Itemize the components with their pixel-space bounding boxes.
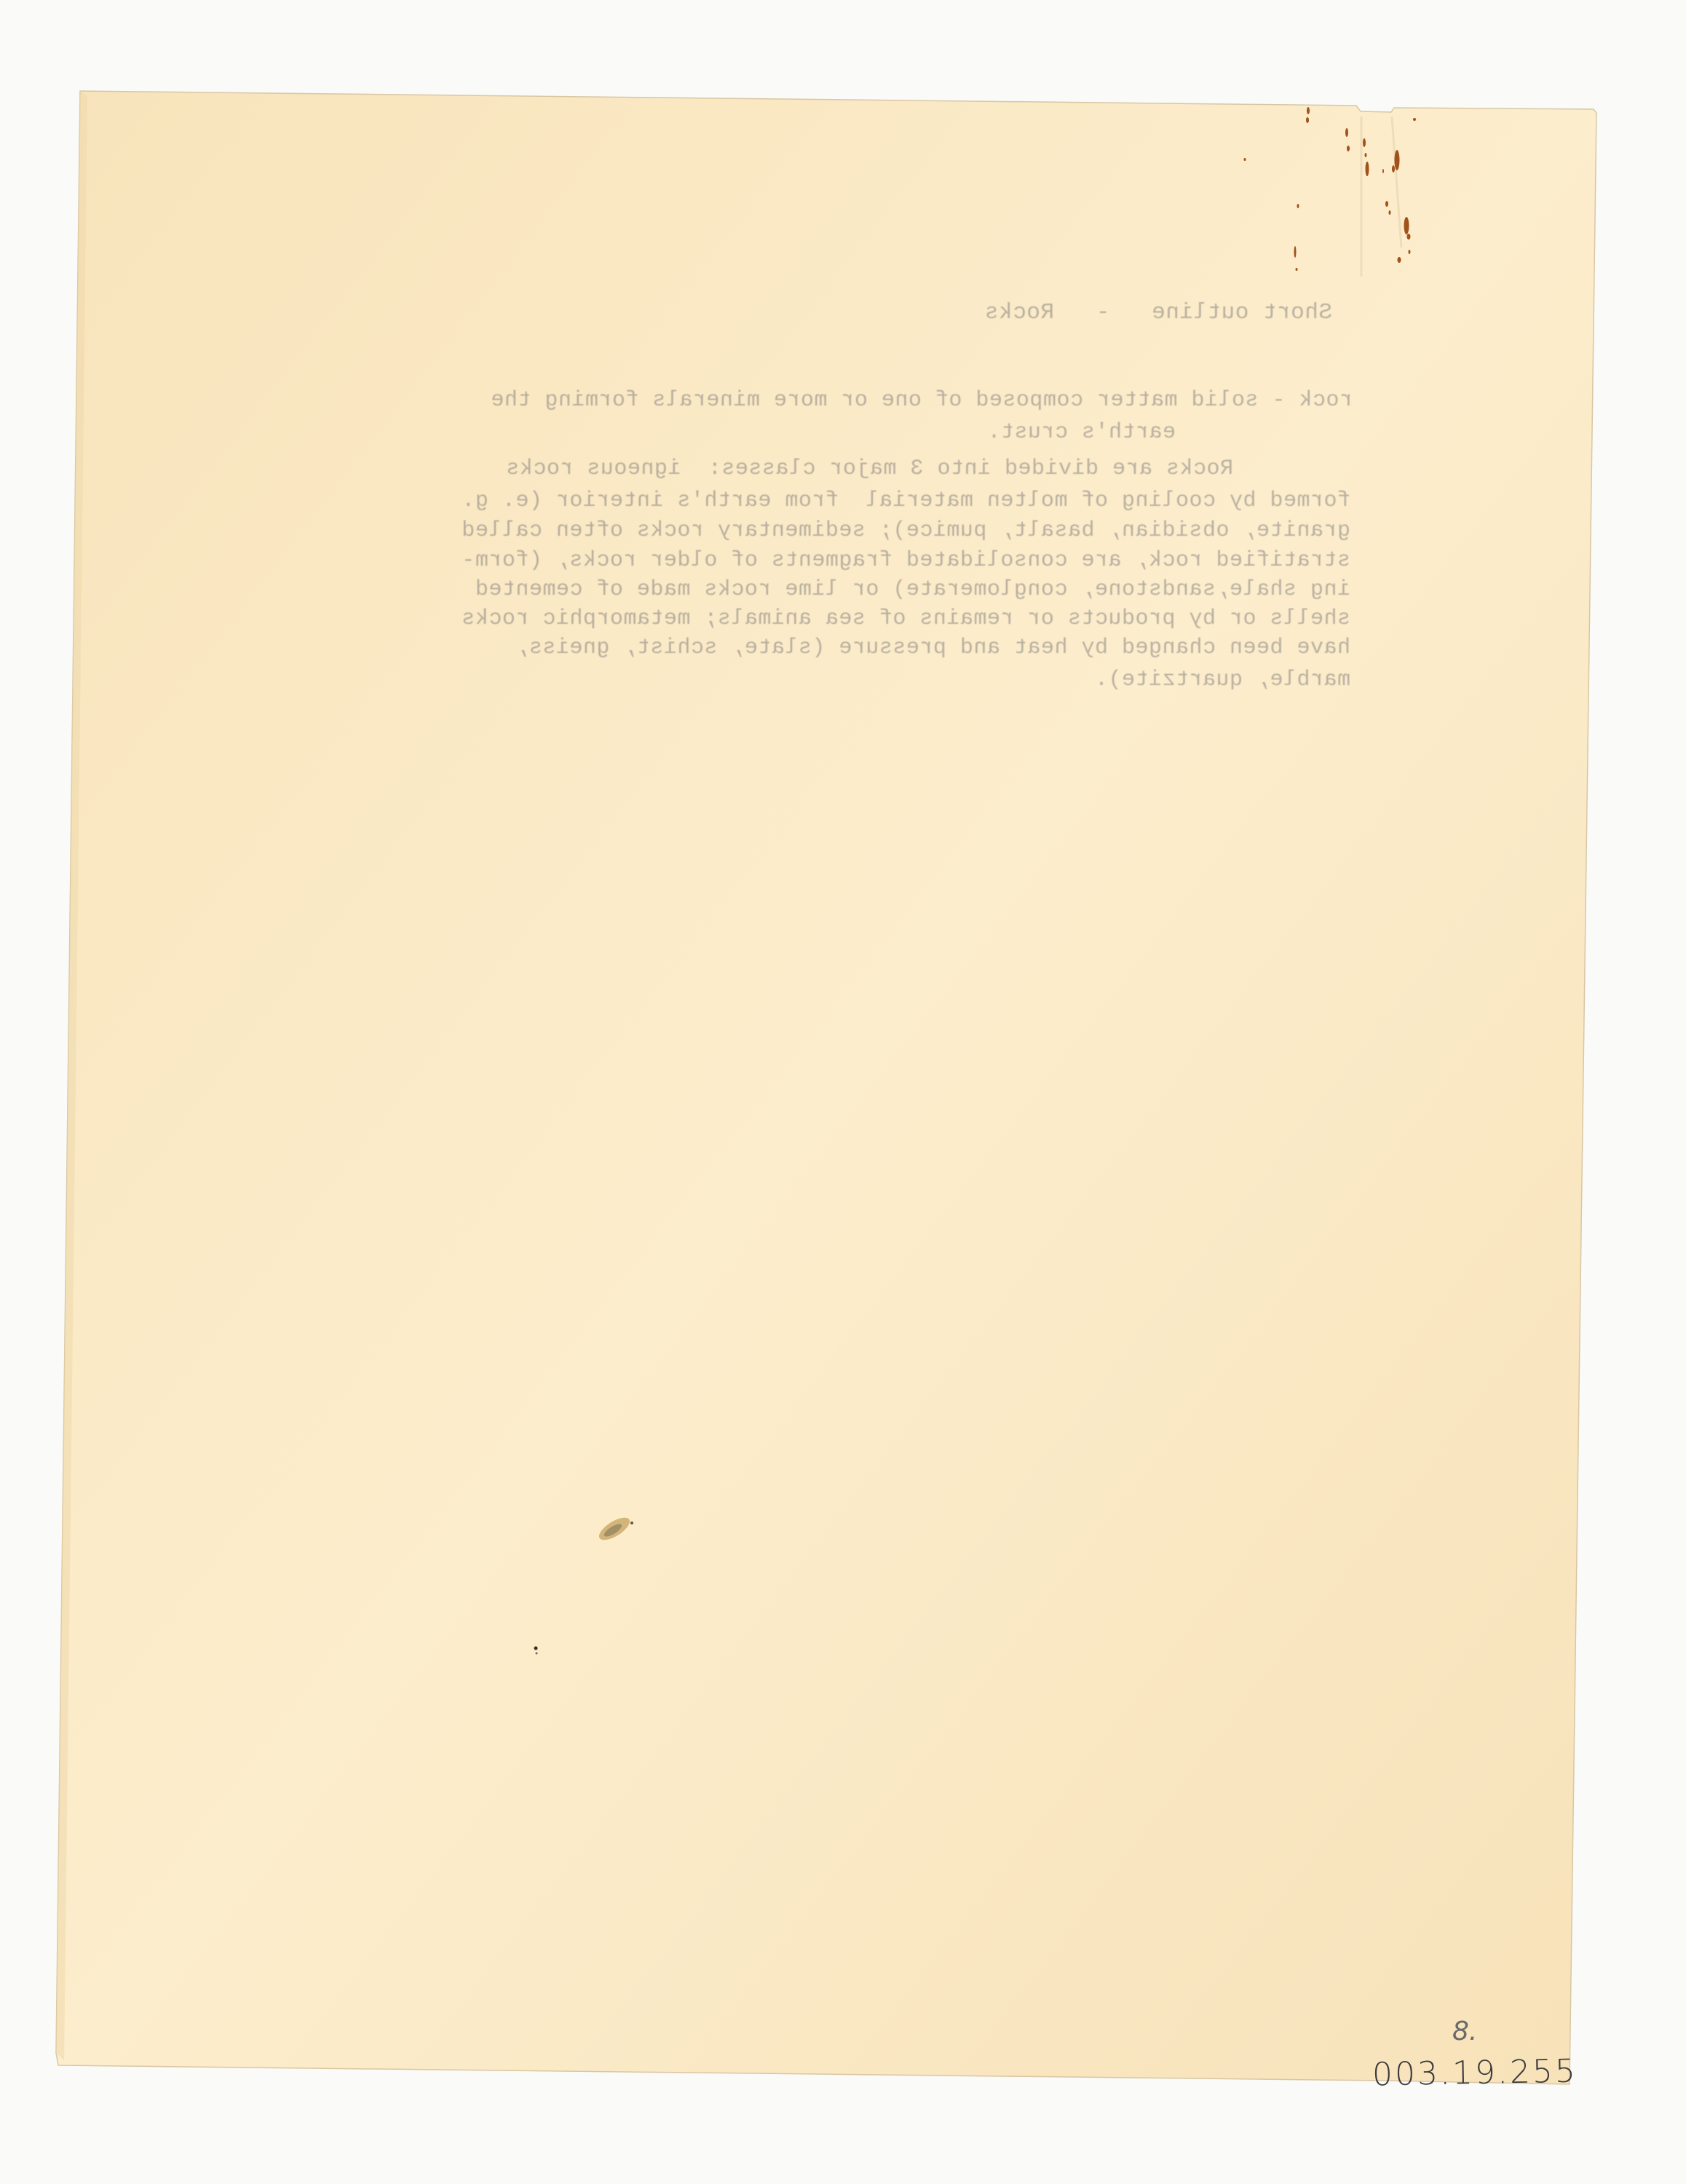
paper-sheet: Short outline - Rocks rock - solid matte… xyxy=(0,0,1686,2184)
text-line-9: have been changed by heat and pressure (… xyxy=(218,636,1350,660)
accession-number: 003.19.255 xyxy=(1372,2053,1578,2094)
document-title: Short outline - Rocks xyxy=(837,300,1332,325)
text-line-2: earth's crust. xyxy=(986,420,1176,445)
text-line-1: rock - solid matter composed of one or m… xyxy=(217,388,1353,413)
text-line-4: formed by cooling of molten material fro… xyxy=(210,488,1350,513)
text-line-3: Rocks are divided into 3 major classes: … xyxy=(246,456,1233,481)
text-line-6: stratified rock, are consolidated fragme… xyxy=(182,548,1350,573)
text-line-10: marble, quartzite). xyxy=(954,668,1350,692)
rust-stains xyxy=(0,0,1686,2184)
text-line-8: shells or by products or remains of sea … xyxy=(182,606,1350,631)
text-line-5: granite, obsidian, basalt, pumice); sedi… xyxy=(189,518,1350,543)
text-line-7: ing shale,sandstone, conglomerate) or li… xyxy=(186,577,1350,602)
page-mark: 8. xyxy=(1452,2017,1477,2046)
